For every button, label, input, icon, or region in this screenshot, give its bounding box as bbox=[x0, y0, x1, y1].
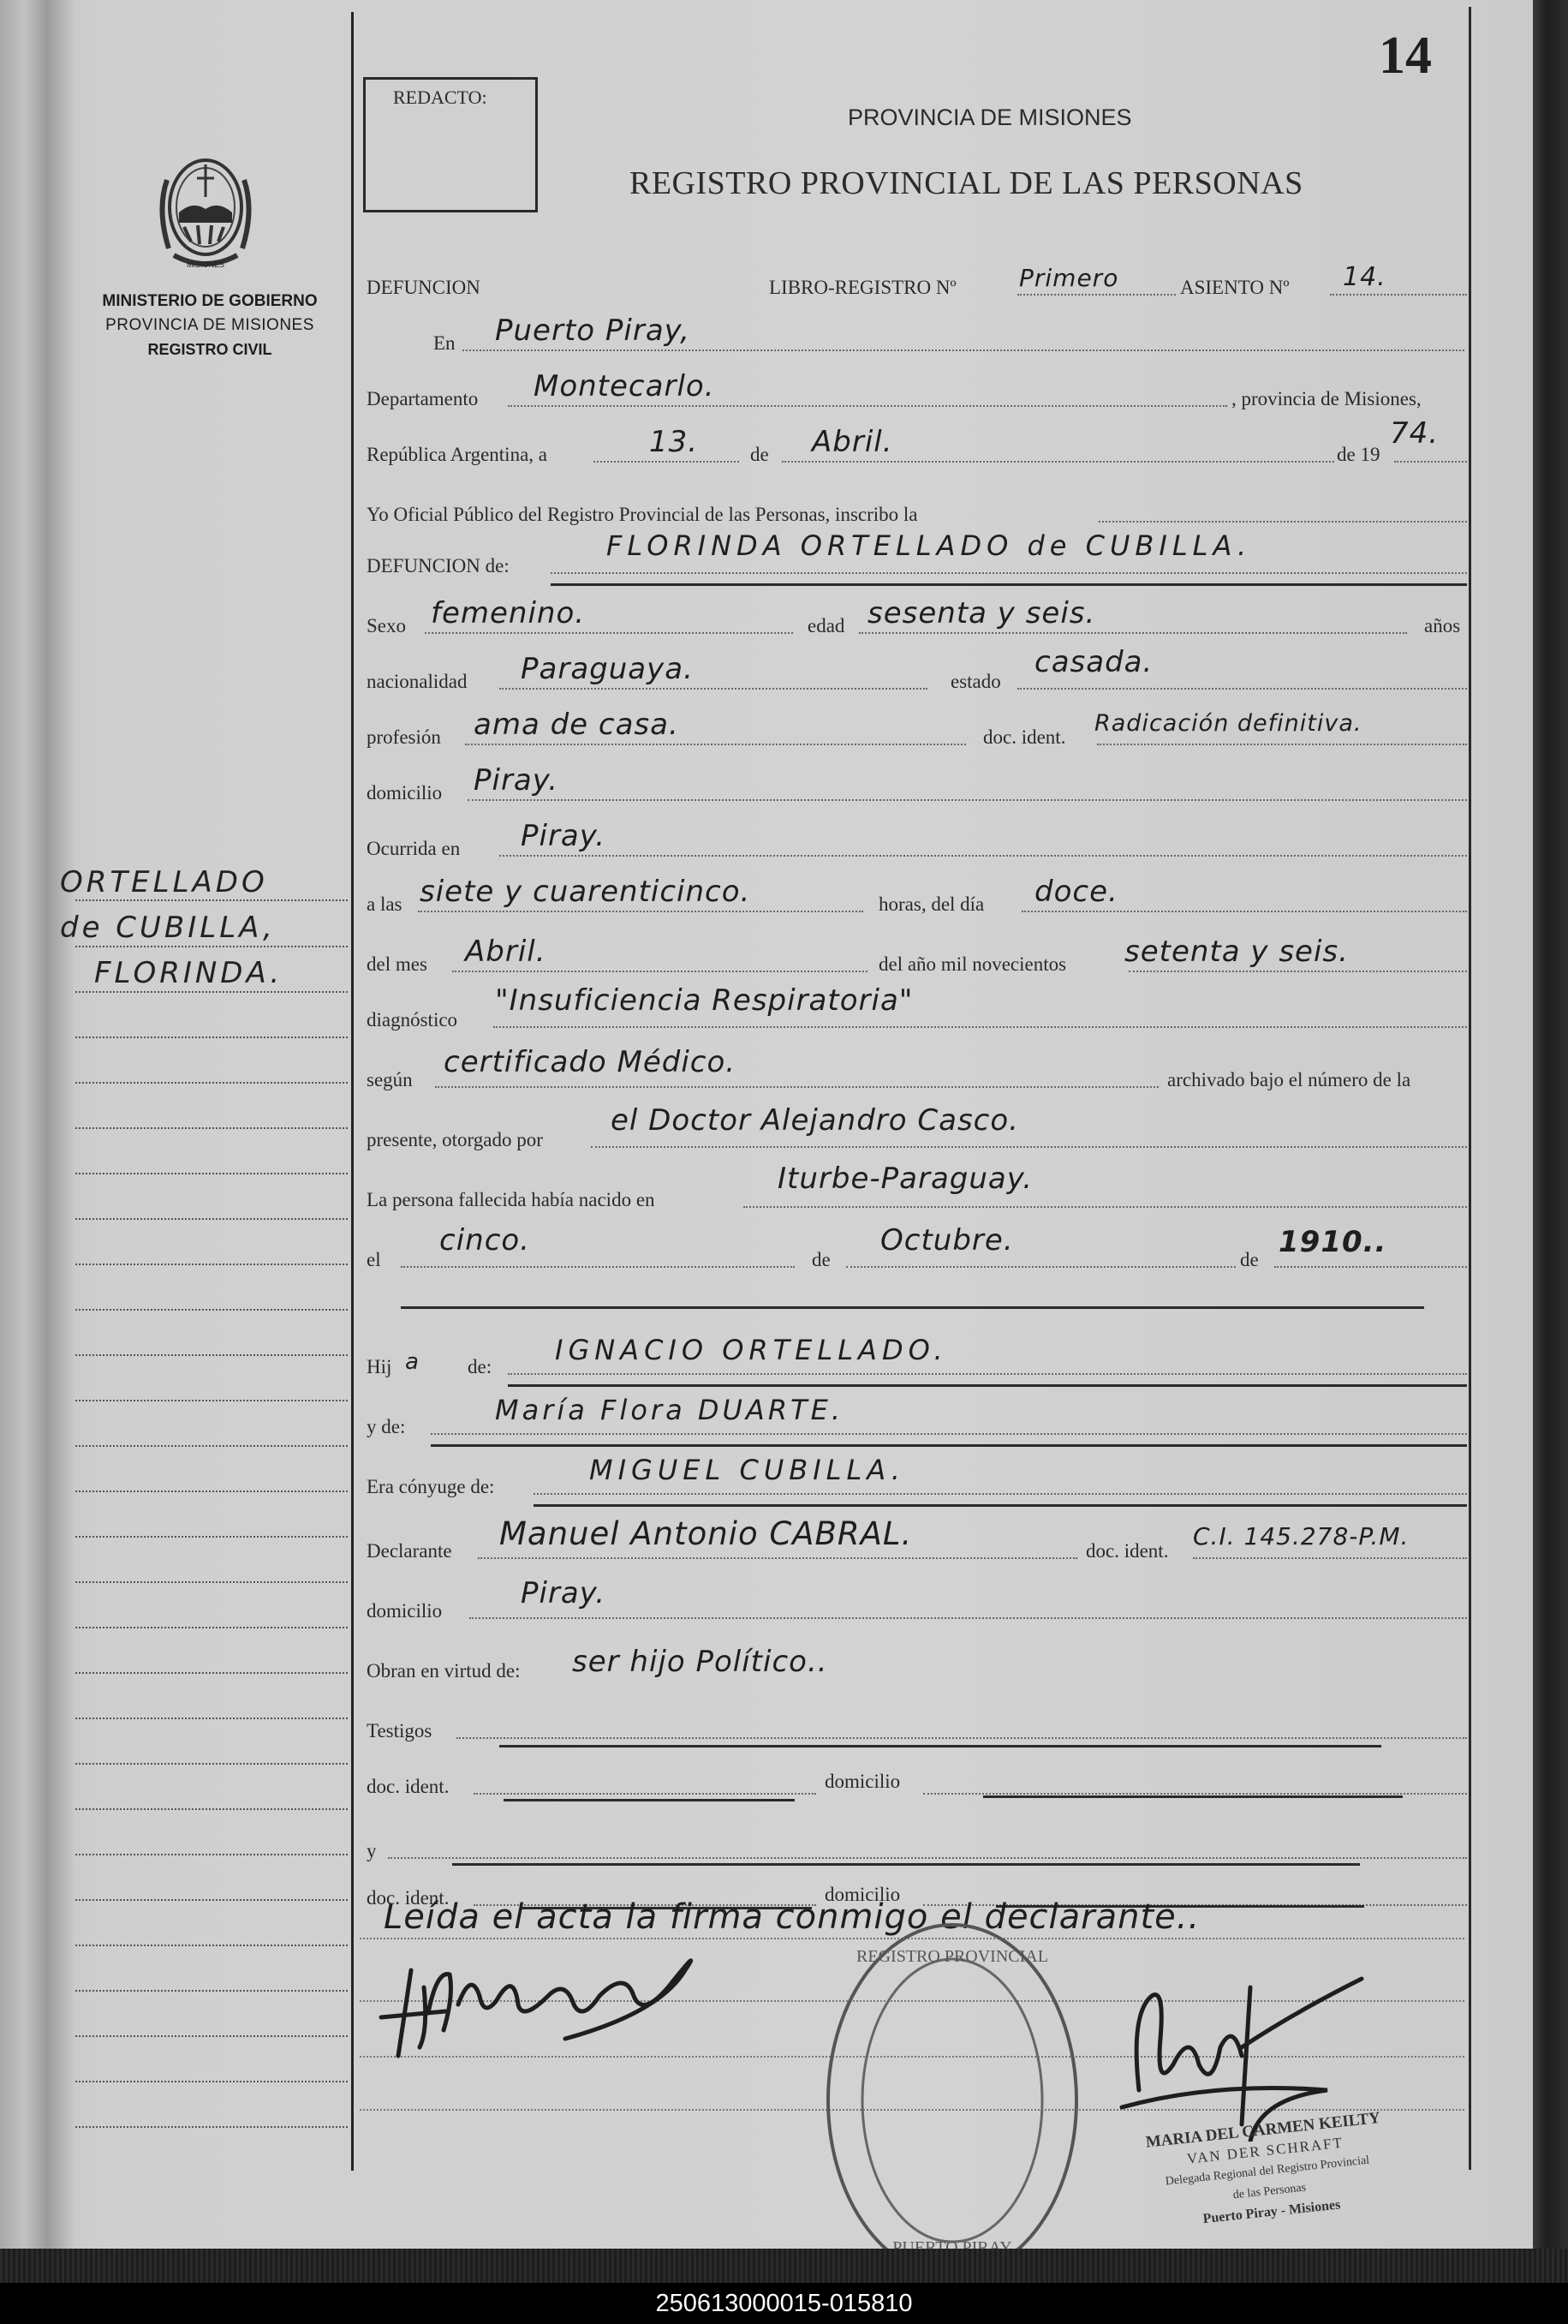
redacto-box: REDACTO: bbox=[363, 77, 538, 212]
hij-label: Hij bbox=[367, 1356, 391, 1378]
row-presente-otorgado: presente, otorgado por el Doctor Alejand… bbox=[367, 1105, 1467, 1156]
de19-label: de 19 bbox=[1337, 444, 1380, 466]
segun-value: certificado Médico. bbox=[444, 1045, 736, 1079]
testigo1-domicilio-label: domicilio bbox=[825, 1771, 900, 1793]
image-caption-id: 250613000015-015810 bbox=[0, 2283, 1568, 2324]
row-oficial: Yo Oficial Público del Registro Provinci… bbox=[367, 480, 1467, 531]
ocurrida-value: Piray. bbox=[521, 819, 605, 853]
row-domicilio: domicilio Piray. bbox=[367, 758, 1467, 810]
date-month: Abril. bbox=[812, 425, 893, 459]
row-obran: Obran en virtud de: ser hijo Político.. bbox=[367, 1636, 1467, 1688]
row-fecha-acta: República Argentina, a 13. de Abril. de … bbox=[367, 420, 1467, 471]
birth-year: 1910.. bbox=[1279, 1225, 1386, 1259]
date-year: 74. bbox=[1390, 416, 1439, 451]
diagnostico-label: diagnóstico bbox=[367, 1009, 457, 1031]
mes-label: del mes bbox=[367, 953, 427, 976]
de-label: de bbox=[750, 444, 769, 466]
profesion-label: profesión bbox=[367, 726, 441, 749]
redacto-label: REDACTO: bbox=[393, 87, 487, 109]
domicilio-value: Piray. bbox=[474, 763, 558, 798]
issuing-authority: MINISTERIO DE GOBIERNO PROVINCIA DE MISI… bbox=[77, 290, 343, 361]
ano-label: del año mil novecientos bbox=[879, 953, 1066, 976]
row-testigo2: y bbox=[367, 1816, 1467, 1867]
presente-label: presente, otorgado por bbox=[367, 1129, 543, 1151]
birth-de-label: de bbox=[812, 1249, 831, 1271]
father-name: IGNACIO ORTELLADO. bbox=[555, 1334, 948, 1366]
nacionalidad-value: Paraguaya. bbox=[521, 652, 694, 686]
ano-value: setenta y seis. bbox=[1124, 935, 1349, 969]
ministry-name: MINISTERIO DE GOBIERNO bbox=[77, 290, 343, 314]
row-fecha-nacimiento: el cinco. de Octubre. de 1910.. bbox=[367, 1225, 1467, 1276]
birth-month: Octubre. bbox=[880, 1223, 1014, 1258]
y-de-label: y de: bbox=[367, 1416, 405, 1438]
declarante-doc-value: C.I. 145.278-P.M. bbox=[1193, 1522, 1409, 1550]
row-profesion-doc: profesión ama de casa. doc. ident. Radic… bbox=[367, 702, 1467, 754]
deceased-name: FLORINDA ORTELLADO de CUBILLA. bbox=[606, 529, 1251, 562]
provincial-coat-of-arms-icon: MISIONES bbox=[150, 146, 261, 274]
doc-ident-label: doc. ident. bbox=[983, 726, 1065, 749]
oficial-statement: Yo Oficial Público del Registro Provinci… bbox=[367, 504, 918, 526]
section-divider bbox=[401, 1306, 1424, 1309]
declarante-label: Declarante bbox=[367, 1540, 452, 1562]
spouse-name: MIGUEL CUBILLA. bbox=[589, 1454, 905, 1486]
dia-value: doce. bbox=[1034, 875, 1118, 909]
row-sexo-edad: Sexo femenino. edad sesenta y seis. años bbox=[367, 591, 1467, 642]
hora-value: siete y cuarenticinco. bbox=[420, 875, 750, 909]
margin-note-married-name: de CUBILLA, bbox=[60, 911, 343, 945]
obran-value: ser hijo Político.. bbox=[572, 1645, 828, 1679]
province-name: PROVINCIA DE MISIONES bbox=[77, 314, 343, 338]
record-type-label: DEFUNCION bbox=[367, 277, 480, 299]
book-gutter-shadow bbox=[24, 0, 75, 2249]
horas-label: horas, del día bbox=[879, 893, 984, 916]
declarant-signature: MACabral bbox=[377, 1936, 736, 2064]
row-declarante: Declarante Manuel Antonio CABRAL. doc. i… bbox=[367, 1516, 1467, 1568]
page-number: 14 bbox=[1379, 26, 1432, 87]
profesion-value: ama de casa. bbox=[474, 708, 679, 742]
anos-label: años bbox=[1424, 615, 1460, 637]
departamento-label: Departamento bbox=[367, 388, 478, 410]
testigos-label: Testigos bbox=[367, 1720, 432, 1742]
row-declarante-domicilio: domicilio Piray. bbox=[367, 1576, 1467, 1628]
row-mes-ano: del mes Abril. del año mil novecientos s… bbox=[367, 929, 1467, 981]
row-testigos: Testigos bbox=[367, 1696, 1467, 1747]
segun-label: según bbox=[367, 1069, 413, 1091]
obran-label: Obran en virtud de: bbox=[367, 1660, 520, 1682]
book-binding bbox=[1533, 0, 1568, 2249]
row-diagnostico: diagnóstico "Insuficiencia Respiratoria" bbox=[367, 985, 1467, 1037]
row-defuncion-de: DEFUNCION de: FLORINDA ORTELLADO de CUBI… bbox=[367, 531, 1467, 582]
declarante-doc-label: doc. ident. bbox=[1086, 1540, 1168, 1562]
document-title: REGISTRO PROVINCIAL DE LAS PERSONAS bbox=[629, 164, 1303, 202]
libro-label: LIBRO-REGISTRO Nº bbox=[769, 277, 957, 299]
diagnostico-value: "Insuficiencia Respiratoria" bbox=[495, 983, 913, 1018]
y-label: y bbox=[367, 1840, 377, 1862]
republica-label: República Argentina, a bbox=[367, 444, 547, 466]
page-right-border bbox=[1469, 7, 1471, 2170]
row-nacido-en: La persona fallecida había nacido en Itu… bbox=[367, 1165, 1467, 1216]
document-page: MISIONES MINISTERIO DE GOBIERNO PROVINCI… bbox=[0, 0, 1533, 2249]
birth-day: cinco. bbox=[439, 1223, 530, 1258]
margin-note-given-name: FLORINDA. bbox=[94, 956, 377, 990]
svg-text:REGISTRO PROVINCIAL: REGISTRO PROVINCIAL bbox=[856, 1947, 1048, 1966]
asiento-value: 14. bbox=[1343, 262, 1386, 292]
doc-ident-value: Radicación definitiva. bbox=[1094, 710, 1362, 737]
row-nacionalidad-estado: nacionalidad Paraguaya. estado casada. bbox=[367, 647, 1467, 698]
column-divider bbox=[351, 12, 354, 2171]
estado-value: casada. bbox=[1034, 645, 1153, 679]
book-edge bbox=[0, 2249, 1568, 2283]
declarante-domicilio-value: Piray. bbox=[521, 1576, 605, 1610]
nacido-label: La persona fallecida había nacido en bbox=[367, 1189, 655, 1211]
sexo-value: femenino. bbox=[431, 596, 585, 630]
nacido-value: Iturbe-Paraguay. bbox=[778, 1162, 1033, 1196]
sexo-label: Sexo bbox=[367, 615, 406, 637]
asiento-label: ASIENTO Nº bbox=[1180, 277, 1289, 299]
conyuge-label: Era cónyuge de: bbox=[367, 1476, 494, 1498]
ocurrida-label: Ocurrida en bbox=[367, 838, 460, 860]
edad-label: edad bbox=[808, 615, 844, 637]
row-madre: y de: María Flora DUARTE. bbox=[367, 1392, 1467, 1443]
row-conyuge: Era cónyuge de: MIGUEL CUBILLA. bbox=[367, 1452, 1467, 1503]
hij-suffix: a bbox=[405, 1349, 420, 1375]
nacionalidad-label: nacionalidad bbox=[367, 671, 468, 693]
el-label: el bbox=[367, 1249, 381, 1271]
row-segun: según certificado Médico. archivado bajo… bbox=[367, 1045, 1467, 1096]
provincia-suffix: , provincia de Misiones, bbox=[1231, 388, 1422, 410]
row-departamento: Departamento Montecarlo. , provincia de … bbox=[367, 364, 1467, 415]
birth-de2-label: de bbox=[1240, 1249, 1259, 1271]
departamento-value: Montecarlo. bbox=[534, 369, 715, 403]
row-hora-dia: a las siete y cuarenticinco. horas, del … bbox=[367, 869, 1467, 921]
hij-de-label: de: bbox=[468, 1356, 492, 1378]
en-value: Puerto Piray, bbox=[495, 314, 690, 348]
date-day: 13. bbox=[649, 425, 698, 459]
row-ocurrida: Ocurrida en Piray. bbox=[367, 814, 1467, 865]
svg-text:MISIONES: MISIONES bbox=[187, 260, 224, 269]
row-padre: Hij a de: IGNACIO ORTELLADO. bbox=[367, 1332, 1467, 1383]
province-heading: PROVINCIA DE MISIONES bbox=[848, 105, 1132, 131]
edad-value: sesenta y seis. bbox=[867, 596, 1095, 630]
defuncion-de-label: DEFUNCION de: bbox=[367, 555, 510, 577]
a-las-label: a las bbox=[367, 893, 402, 916]
domicilio-label: domicilio bbox=[367, 782, 442, 804]
registry-name: REGISTRO CIVIL bbox=[77, 338, 343, 361]
margin-ruled-lines bbox=[75, 899, 348, 2172]
en-label: En bbox=[433, 332, 456, 355]
testigo1-doc-label: doc. ident. bbox=[367, 1776, 449, 1798]
row-en: En Puerto Piray, bbox=[367, 308, 1467, 360]
presente-value: el Doctor Alejandro Casco. bbox=[611, 1103, 1019, 1138]
row-libro-registro: DEFUNCION LIBRO-REGISTRO Nº Primero ASIE… bbox=[367, 253, 1467, 304]
declarante-name: Manuel Antonio CABRAL. bbox=[499, 1515, 912, 1552]
margin-note-surname: ORTELLADO bbox=[60, 865, 343, 899]
archivado-label: archivado bajo el número de la bbox=[1167, 1069, 1410, 1091]
declarante-domicilio-label: domicilio bbox=[367, 1600, 442, 1622]
estado-label: estado bbox=[951, 671, 1001, 693]
mother-name: María Flora DUARTE. bbox=[495, 1394, 844, 1426]
row-testigo1-doc: doc. ident. domicilio bbox=[367, 1752, 1467, 1803]
libro-value: Primero bbox=[1019, 264, 1118, 292]
mes-value: Abril. bbox=[465, 935, 546, 969]
official-seal: DIRECCIÓN REGISTRO PROVINCIAL DE LAS PER… bbox=[822, 1919, 1083, 2283]
